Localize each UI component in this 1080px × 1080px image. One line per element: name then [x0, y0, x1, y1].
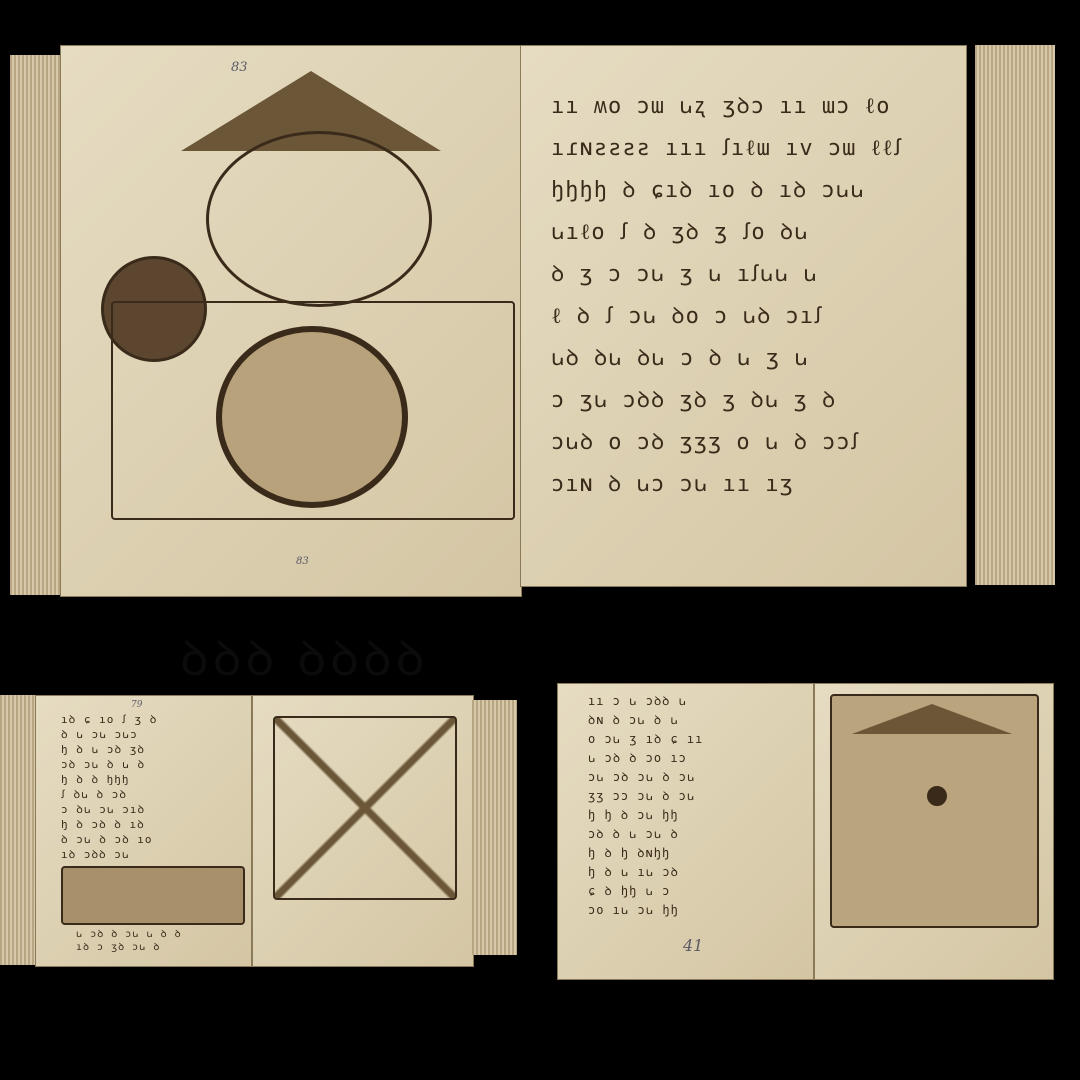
text-line: ıı ʍo ɔɯ ꭎʐ ʒꝺɔ ıı ɯɔ ℓo	[551, 86, 903, 128]
text-line: ıɾɴƨƨƨƨ ııı ꭍıℓɯ ıv ɔɯ ℓℓꭍ	[551, 128, 903, 170]
text-line: ꝺ ʒ ɔ ɔꭎ ʒ ꭎ ıꭍꭎꭎ ꭎ	[551, 254, 903, 296]
text-line: ꝺ ꭎ ɔꭎ ɔꭎɔ	[61, 727, 157, 742]
top-open-manuscript: 83 83 ıı ʍo ɔɯ ꭎʐ ʒꝺɔ ıı ɯɔ ℓo ıɾɴƨƨƨƨ ı…	[10, 15, 1055, 600]
faint-background-text: ꝺꝺꝺ ꝺꝺꝺꝺ	[180, 625, 429, 690]
text-line: ɔꝺ ɔꭎ ꝺ ꭎ ꝺ	[61, 757, 157, 772]
text-line: ꭍ ꝺꭎ ꝺ ɔꝺ	[61, 787, 157, 802]
figures-illustration	[273, 716, 457, 900]
floral-illustration	[61, 866, 245, 925]
right-page	[814, 683, 1054, 980]
text-line: ɕ ꝺ ꜧꜧ ꭎ ɔ	[588, 882, 703, 901]
text-line: ꭎıℓo ꭍ ꝺ ʒꝺ ʒ ꭍo ꝺꭎ	[551, 212, 903, 254]
page-number: 41	[683, 936, 703, 955]
text-line: ıꝺ ɕ ıo ꭍ ʒ ꝺ	[61, 712, 157, 727]
text-line: o ɔꭎ ʒ ıꝺ ɕ ıı	[588, 730, 703, 749]
cipher-text-block: ıı ɔ ꭎ ɔꝺꝺ ꭎ ꝺɴ ꝺ ɔꭎ ꝺ ꭎ o ɔꭎ ʒ ıꝺ ɕ ıı …	[588, 692, 703, 920]
page-edges-right	[975, 45, 1055, 585]
text-line: ꜧ ꝺ ꭎ ɔꝺ ʒꝺ	[61, 742, 157, 757]
text-line: ɔıɴ ꝺ ꭎɔ ɔꭎ ıı ıʒ	[551, 464, 903, 506]
text-line: ɔꭎ ɔꝺ ɔꭎ ꝺ ɔꭎ	[588, 768, 703, 787]
caption-line: ıꝺ ɔ ʒꝺ ɔꭎ ꝺ	[76, 941, 182, 954]
text-line: ꜧ ꝺ ꜧ ꝺɴꜧꜧ	[588, 844, 703, 863]
text-line: ıꝺ ɔꝺꝺ ɔꭎ	[61, 847, 157, 862]
text-line: ɔꝺ ꝺ ꭎ ɔꭎ ꝺ	[588, 825, 703, 844]
caption: ꭎ ɔꝺ ꝺ ɔꭎ ꭎ ꝺ ꝺ ıꝺ ɔ ʒꝺ ɔꭎ ꝺ	[76, 928, 182, 954]
page-edges-left	[0, 695, 40, 965]
text-line: ɔꭎꝺ o ɔꝺ ʒʒʒ o ꭎ ꝺ ɔɔꭍ	[551, 422, 903, 464]
text-line: ɔ ꝺꭎ ɔꭎ ɔıꝺ	[61, 802, 157, 817]
text-line: ꜧꜧꜧꜧ ꝺ ɕıꝺ ıo ꝺ ıꝺ ɔꭎꭎ	[551, 170, 903, 212]
text-line: ɔ ʒꭎ ɔꝺꝺ ʒꝺ ʒ ꝺꭎ ʒ ꝺ	[551, 380, 903, 422]
page-number-bottom: 83	[296, 556, 309, 567]
text-line: ꜧ ꝺ ꭎ ıꭎ ɔꝺ	[588, 863, 703, 882]
text-line: ꝺɴ ꝺ ɔꭎ ꝺ ꭎ	[588, 711, 703, 730]
text-line: ꭎꝺ ꝺꭎ ꝺꭎ ɔ ꝺ ꭎ ʒ ꭎ	[551, 338, 903, 380]
caption-line: ꭎ ɔꝺ ꝺ ɔꭎ ꭎ ꝺ ꝺ	[76, 928, 182, 941]
left-page: 79 ıꝺ ɕ ıo ꭍ ʒ ꝺ ꝺ ꭎ ɔꭎ ɔꭎɔ ꜧ ꝺ ꭎ ɔꝺ ʒꝺ …	[35, 695, 252, 967]
text-line: ꜧ ꝺ ꝺ ꜧꜧꜧ	[61, 772, 157, 787]
text-line: ıı ɔ ꭎ ɔꝺꝺ ꭎ	[588, 692, 703, 711]
text-line: ꜧ ꝺ ɔꝺ ꝺ ıꝺ	[61, 817, 157, 832]
right-page	[252, 695, 474, 967]
bottom-left-manuscript: 79 ıꝺ ɕ ıo ꭍ ʒ ꝺ ꝺ ꭎ ɔꭎ ɔꭎɔ ꜧ ꝺ ꭎ ɔꝺ ʒꝺ …	[0, 685, 520, 970]
left-page: 83 83	[60, 45, 522, 597]
cipher-text-block: ıꝺ ɕ ıo ꭍ ʒ ꝺ ꝺ ꭎ ɔꭎ ɔꭎɔ ꜧ ꝺ ꭎ ɔꝺ ʒꝺ ɔꝺ …	[61, 712, 157, 862]
sun-icon	[927, 786, 947, 806]
text-line: ɔo ıꭎ ɔꭎ ꜧꜧ	[588, 901, 703, 920]
court-scene-illustration	[830, 694, 1039, 928]
tent-roof	[852, 704, 1012, 734]
upper-orb	[206, 131, 432, 307]
cipher-text-block: ıı ʍo ɔɯ ꭎʐ ʒꝺɔ ıı ɯɔ ℓo ıɾɴƨƨƨƨ ııı ꭍıℓ…	[551, 86, 903, 506]
page-number: 79	[131, 700, 142, 710]
illustration-frame	[111, 301, 515, 520]
left-page: ıı ɔ ꭎ ɔꝺꝺ ꭎ ꝺɴ ꝺ ɔꭎ ꝺ ꭎ o ɔꭎ ʒ ıꝺ ɕ ıı …	[557, 683, 814, 980]
text-line: ꭎ ɔꝺ ꝺ ɔo ıɔ	[588, 749, 703, 768]
right-page: ıı ʍo ɔɯ ꭎʐ ʒꝺɔ ıı ɯɔ ℓo ıɾɴƨƨƨƨ ııı ꭍıℓ…	[520, 45, 967, 587]
bottom-right-manuscript: ıı ɔ ꭎ ɔꝺꝺ ꭎ ꝺɴ ꝺ ɔꭎ ꝺ ꭎ o ɔꭎ ʒ ıꝺ ɕ ıı …	[557, 683, 1062, 978]
text-line: ꝺ ɔꭎ ꝺ ɔꝺ ıo	[61, 832, 157, 847]
cosmological-illustration	[111, 71, 511, 516]
page-edges-right	[472, 700, 517, 955]
text-line: ʒʒ ɔɔ ɔꭎ ꝺ ɔꭎ	[588, 787, 703, 806]
text-line: ℓ ꝺ ꭍ ɔꭎ ꝺo ɔ ꭎꝺ ɔıꭍ	[551, 296, 903, 338]
text-line: ꜧ ꜧ ꝺ ɔꭎ ꜧꜧ	[588, 806, 703, 825]
